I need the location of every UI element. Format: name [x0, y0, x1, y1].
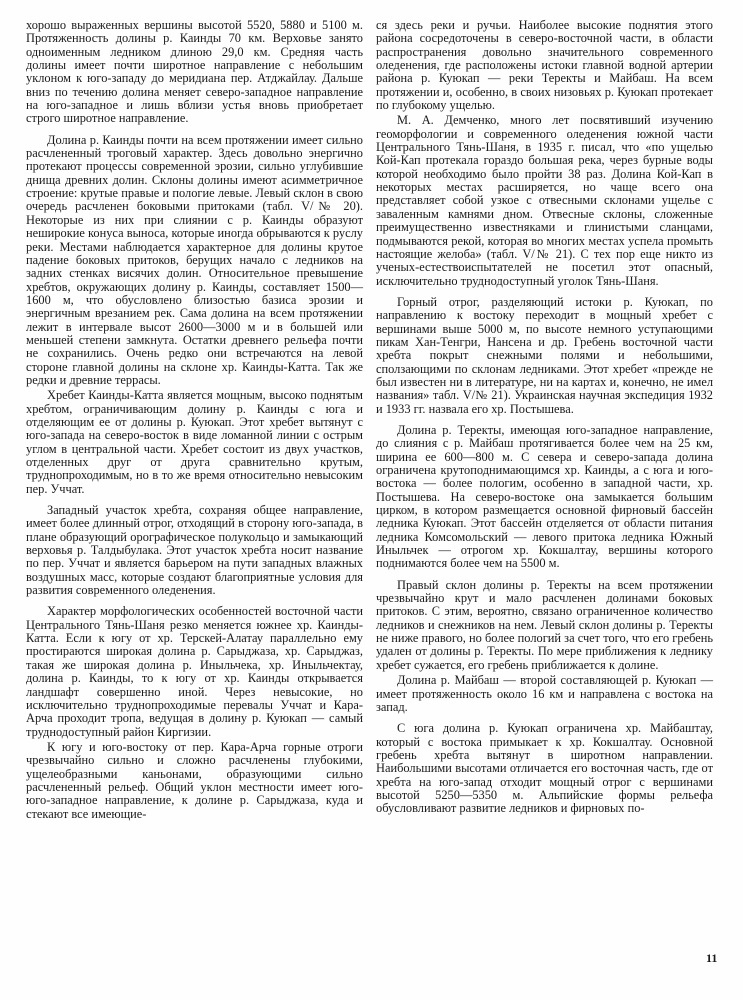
paragraph: Долина р. Майбаш — второй составляющей р…	[376, 674, 713, 714]
paragraph: Правый склон долины р. Теректы на всем п…	[376, 579, 713, 672]
left-column: хорошо выраженных вершины высотой 5520, …	[26, 19, 363, 821]
paragraph: К югу и юго-востоку от пер. Кара-Арча го…	[26, 741, 363, 821]
paragraph: Долина р. Каинды почти на всем протяжени…	[26, 134, 363, 388]
paragraph: Хребет Каинды-Катта является мощным, выс…	[26, 389, 363, 496]
paragraph: хорошо выраженных вершины высотой 5520, …	[26, 19, 363, 126]
paragraph: Характер морфологических особенностей во…	[26, 605, 363, 738]
paragraph: М. А. Демченко, много лет посвятивший из…	[376, 114, 713, 287]
paragraph: Западный участок хребта, сохраняя общее …	[26, 504, 363, 597]
paragraph: Долина р. Теректы, имеющая юго-западное …	[376, 424, 713, 571]
page-number: 11	[706, 951, 717, 966]
paragraph: ся здесь реки и ручьи. Наиболее высокие …	[376, 19, 713, 112]
paragraph: С юга долина р. Куюкап ограничена хр. Ма…	[376, 722, 713, 815]
right-column: ся здесь реки и ручьи. Наиболее высокие …	[376, 19, 713, 816]
document-page: хорошо выраженных вершины высотой 5520, …	[0, 0, 743, 1000]
paragraph: Горный отрог, разделяющий истоки р. Куюк…	[376, 296, 713, 416]
